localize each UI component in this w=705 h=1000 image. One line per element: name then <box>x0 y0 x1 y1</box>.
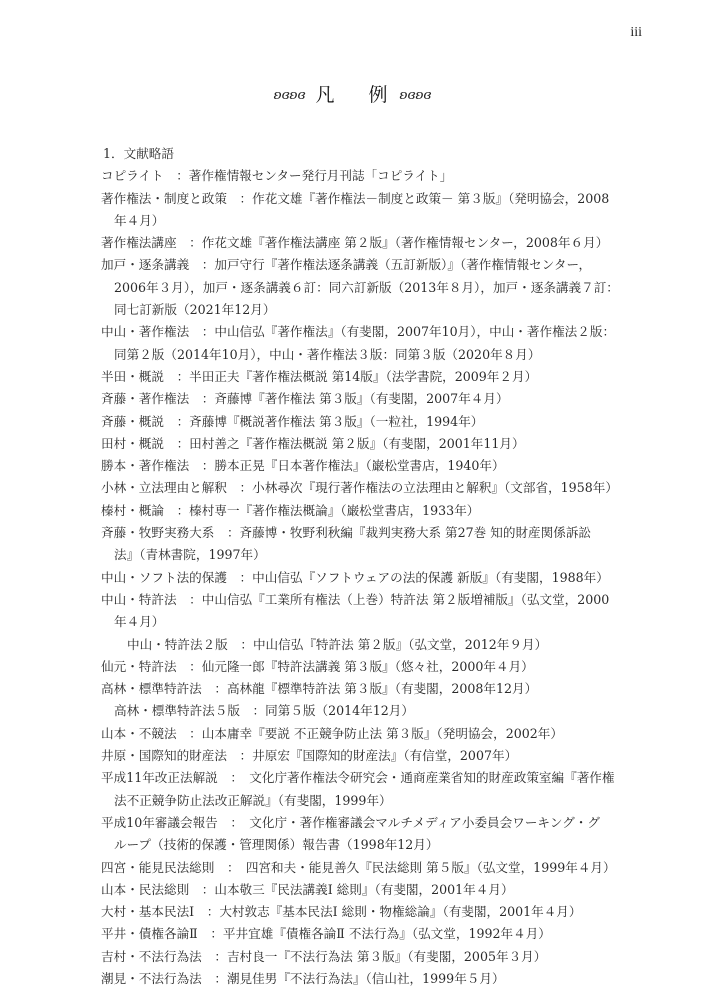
citation-text: ：著作権情報センター発行月刊誌「コピライト」 <box>176 168 452 183</box>
abbreviation-entry: 中山・著作権法 ：中山信弘『著作権法』（有斐閣，2007年10月），中山・著作権… <box>101 321 621 366</box>
title-char-1: 凡 <box>315 84 336 106</box>
spacer <box>214 860 227 875</box>
citation-text: ：中山信弘『ソフトウェアの法的保護 新版』（有斐閣，1988年） <box>240 570 609 585</box>
citation-text: ：井原宏『国際知的財産法』（有信堂，2007年） <box>240 748 518 763</box>
citation-text: ：吉村良一『不法行為法 第３版』（有斐閣，2005年３月） <box>214 949 546 964</box>
citation-text: ： 文化庁・著作権審議会マルチメディア小委員会ワーキング・グ <box>230 815 600 830</box>
abbreviation-term: 勝本・著作権法 <box>101 458 189 473</box>
citation-text: ：作花文雄『著作権法講座 第２版』（著作権情報センター，2008年６月） <box>189 235 608 250</box>
abbreviation-term: 平成10年審議会報告 <box>101 815 218 830</box>
spacer <box>189 882 202 897</box>
abbreviation-entry: 平井・債権各論Ⅱ ：平井宜雄『債権各論Ⅱ 不法行為』（弘文堂，1992年４月） <box>101 923 621 945</box>
citation-text: ：小林尋次『現行著作権法の立法理由と解釈』（文部省，1958年） <box>240 480 618 495</box>
citation-text: ：山本敬三『民法講義Ⅰ 総則』（有斐閣，2001年４月） <box>202 882 514 897</box>
abbreviation-entry: 著作権法講座 ：作花文雄『著作権法講座 第２版』（著作権情報センター，2008年… <box>101 232 621 254</box>
spacer <box>228 637 241 652</box>
citation-text: ：加戸守行『著作権法逐条講義（五訂新版）』（著作権情報センター， <box>202 257 591 272</box>
citation-text: ：中山信弘『特許法 第２版』（弘文堂，2012年９月） <box>240 637 547 652</box>
abbreviation-entry: 中山・特許法２版 ：中山信弘『特許法 第２版』（弘文堂，2012年９月） <box>101 634 621 656</box>
abbreviation-entry: 仙元・特許法 ：仙元隆一郎『特許法講義 第３版』（悠々社，2000年４月） <box>101 656 621 678</box>
abbreviation-term: 潮見・不法行為法 <box>101 971 202 986</box>
abbreviation-entry: 四宮・能見民法総則 ： 四宮和夫・能見善久『民法総則 第５版』（弘文堂，1999… <box>101 857 621 879</box>
spacer <box>240 703 253 718</box>
citation-text: ：山本庸幸『要説 不正競争防止法 第３版』（発明協会，2002年） <box>189 726 563 741</box>
abbreviation-term: 平井・債権各論Ⅱ <box>101 926 198 941</box>
citation-text: ：田村善之『著作権法概説 第２版』（有斐閣，2001年11月） <box>177 436 525 451</box>
citation-text: ： 文化庁著作権法令研究会・通商産業省知的財産政策室編『著作権 <box>230 770 614 785</box>
abbreviation-term: 井原・国際知的財産法 <box>101 748 227 763</box>
abbreviation-term: 大村・基本民法Ⅰ <box>101 904 194 919</box>
citation-text: ：中山信弘『著作権法』（有斐閣，2007年10月），中山・著作権法２版： <box>202 324 615 339</box>
ornament-left-icon: ʚɞʚɞ <box>274 88 306 103</box>
abbreviation-term: 中山・著作権法 <box>101 324 189 339</box>
abbreviation-entry: 加戸・逐条講義 ：加戸守行『著作権法逐条講義（五訂新版）』（著作権情報センター，… <box>101 254 621 321</box>
abbreviation-entry: コピライト ：著作権情報センター発行月刊誌「コピライト」 <box>101 165 621 187</box>
citation-text: 2006年３月），加戸・逐条講義６訂：同六訂新版（2013年８月），加戸・逐条講… <box>101 277 621 299</box>
citation-text: 年４月） <box>101 611 621 633</box>
abbreviation-term: 山本・民法総則 <box>101 882 189 897</box>
citation-text: ：大村敦志『基本民法Ⅰ 総則・物権総論』（有斐閣，2001年４月） <box>207 904 582 919</box>
abbreviation-entry: 著作権法・制度と政策 ：作花文雄『著作権法－制度と政策－ 第３版』（発明協会，2… <box>101 188 621 233</box>
spacer <box>189 257 202 272</box>
spacer <box>202 971 215 986</box>
spacer <box>227 748 240 763</box>
abbreviation-term: 仙元・特許法 <box>101 659 177 674</box>
abbreviation-entry: 井原・国際知的財産法 ：井原宏『国際知的財産法』（有信堂，2007年） <box>101 745 621 767</box>
spacer <box>164 436 177 451</box>
spacer <box>164 414 177 429</box>
citation-text: ループ（技術的保護・管理関係）報告書（1998年12月） <box>101 834 621 856</box>
ornament-right-icon: ʚɞʚɞ <box>400 88 432 103</box>
abbreviation-entry: 斉藤・牧野実務大系 ：斉藤博・牧野利秋編『裁判実務大系 第27巻 知的財産関係訴… <box>101 522 621 567</box>
spacer <box>227 570 240 585</box>
abbreviation-term: 高林・標準特許法５版 <box>114 703 240 718</box>
spacer <box>227 191 240 206</box>
citation-text: ：平井宜雄『債権各論Ⅱ 不法行為』（弘文堂，1992年４月） <box>210 926 551 941</box>
citation-text: 同七訂新版（2021年12月） <box>101 299 621 321</box>
abbreviation-term: 中山・ソフト法的保護 <box>101 570 227 585</box>
abbreviation-term: 中山・特許法２版 <box>127 637 228 652</box>
citation-text: ：仙元隆一郎『特許法講義 第３版』（悠々社，2000年４月） <box>189 659 534 674</box>
section-heading: 1．文献略語 <box>101 143 621 165</box>
abbreviation-entry: 田村・概説 ：田村善之『著作権法概説 第２版』（有斐閣，2001年11月） <box>101 433 621 455</box>
abbreviation-term: 高林・標準特許法 <box>101 681 202 696</box>
citation-text: ：半田正夫『著作権法概説 第14版』（法学書院，2009年２月） <box>177 369 538 384</box>
spacer <box>202 949 215 964</box>
citation-text: ：中山信弘『工業所有権法（上巻）特許法 第２版増補版』（弘文堂，2000 <box>189 592 609 607</box>
abbreviation-term: 斉藤・著作権法 <box>101 391 189 406</box>
citation-text: ：高林龍『標準特許法 第３版』（有斐閣，2008年12月） <box>214 681 537 696</box>
spacer <box>177 235 190 250</box>
spacer <box>164 168 177 183</box>
abbreviation-entry: 斉藤・概説 ：斉藤博『概説著作権法 第３版』（一粒社，1994年） <box>101 411 621 433</box>
citation-text: ：榛村専一『著作権法概論』（巌松堂書店，1933年） <box>177 503 480 518</box>
page-number: iii <box>630 25 642 41</box>
abbreviation-term: 斉藤・概説 <box>101 414 164 429</box>
abbreviation-term: 著作権法講座 <box>101 235 177 250</box>
citation-text: ：潮見佳男『不法行為法』（信山社，1999年５月） <box>214 971 504 986</box>
spacer <box>164 503 177 518</box>
spacer <box>189 458 202 473</box>
citation-text: 同第２版（2014年10月），中山・著作権法３版：同第３版（2020年８月） <box>101 344 621 366</box>
spacer <box>214 525 227 540</box>
spacer <box>198 926 211 941</box>
citation-text: ： 四宮和夫・能見善久『民法総則 第５版』（弘文堂，1999年４月） <box>227 860 616 875</box>
title-char-2: 例 <box>369 84 390 106</box>
page-title: ʚɞʚɞ凡例ʚɞʚɞ <box>0 80 705 107</box>
spacer <box>177 726 190 741</box>
spacer <box>218 770 231 785</box>
citation-text: ：斉藤博・牧野利秋編『裁判実務大系 第27巻 知的財産関係訴訟 <box>227 525 591 540</box>
abbreviation-term: 著作権法・制度と政策 <box>101 191 227 206</box>
abbreviation-entry: 榛村・概論 ：榛村専一『著作権法概論』（巌松堂書店，1933年） <box>101 500 621 522</box>
spacer <box>177 659 190 674</box>
abbreviation-entry: 中山・特許法 ：中山信弘『工業所有権法（上巻）特許法 第２版増補版』（弘文堂，2… <box>101 589 621 634</box>
entries-container: コピライト ：著作権情報センター発行月刊誌「コピライト」著作権法・制度と政策 ：… <box>101 165 621 990</box>
citation-text: 法不正競争防止法改正解説』（有斐閣，1999年） <box>101 790 621 812</box>
abbreviation-term: 平成11年改正法解説 <box>101 770 218 785</box>
abbreviation-term: 田村・概説 <box>101 436 164 451</box>
citation-text: ：斉藤博『著作権法 第３版』（有斐閣，2007年４月） <box>202 391 509 406</box>
abbreviation-term: 榛村・概論 <box>101 503 164 518</box>
abbreviation-entry: 高林・標準特許法５版 ：同第５版（2014年12月） <box>101 700 621 722</box>
spacer <box>227 480 240 495</box>
abbreviation-term: 中山・特許法 <box>101 592 177 607</box>
citation-text: 法』（青林書院，1997年） <box>101 544 621 566</box>
abbreviation-entry: 山本・不競法 ：山本庸幸『要説 不正競争防止法 第３版』（発明協会，2002年） <box>101 723 621 745</box>
spacer <box>189 391 202 406</box>
spacer <box>202 681 215 696</box>
abbreviation-entry: 半田・概説 ：半田正夫『著作権法概説 第14版』（法学書院，2009年２月） <box>101 366 621 388</box>
citation-text: ：勝本正晃『日本著作権法』（巌松堂書店，1940年） <box>202 458 505 473</box>
spacer <box>218 815 231 830</box>
abbreviation-term: 吉村・不法行為法 <box>101 949 202 964</box>
abbreviation-term: 半田・概説 <box>101 369 164 384</box>
abbreviation-entry: 潮見・不法行為法 ：潮見佳男『不法行為法』（信山社，1999年５月） <box>101 968 621 990</box>
abbreviation-term: 四宮・能見民法総則 <box>101 860 214 875</box>
spacer <box>164 369 177 384</box>
citation-text: 年４月） <box>101 210 621 232</box>
abbreviation-entry: 吉村・不法行為法 ：吉村良一『不法行為法 第３版』（有斐閣，2005年３月） <box>101 946 621 968</box>
abbreviation-term: 小林・立法理由と解釈 <box>101 480 227 495</box>
citation-text: ：斉藤博『概説著作権法 第３版』（一粒社，1994年） <box>177 414 484 429</box>
abbreviation-term: コピライト <box>101 168 164 183</box>
abbreviation-entry: 高林・標準特許法 ：高林龍『標準特許法 第３版』（有斐閣，2008年12月） <box>101 678 621 700</box>
abbreviation-entry: 中山・ソフト法的保護 ：中山信弘『ソフトウェアの法的保護 新版』（有斐閣，198… <box>101 567 621 589</box>
abbreviation-entry: 平成10年審議会報告 ： 文化庁・著作権審議会マルチメディア小委員会ワーキング・… <box>101 812 621 857</box>
abbreviation-entry: 小林・立法理由と解釈 ：小林尋次『現行著作権法の立法理由と解釈』（文部省，195… <box>101 477 621 499</box>
abbreviation-entry: 勝本・著作権法 ：勝本正晃『日本著作権法』（巌松堂書店，1940年） <box>101 455 621 477</box>
abbreviation-entry: 大村・基本民法Ⅰ ：大村敦志『基本民法Ⅰ 総則・物権総論』（有斐閣，2001年４… <box>101 901 621 923</box>
abbreviation-term: 山本・不競法 <box>101 726 177 741</box>
abbreviation-list: 1．文献略語 コピライト ：著作権情報センター発行月刊誌「コピライト」著作権法・… <box>101 143 621 990</box>
abbreviation-term: 斉藤・牧野実務大系 <box>101 525 214 540</box>
abbreviation-entry: 山本・民法総則 ：山本敬三『民法講義Ⅰ 総則』（有斐閣，2001年４月） <box>101 879 621 901</box>
spacer <box>189 324 202 339</box>
abbreviation-entry: 平成11年改正法解説 ： 文化庁著作権法令研究会・通商産業省知的財産政策室編『著… <box>101 767 621 812</box>
abbreviation-entry: 斉藤・著作権法 ：斉藤博『著作権法 第３版』（有斐閣，2007年４月） <box>101 388 621 410</box>
spacer <box>194 904 207 919</box>
abbreviation-term: 加戸・逐条講義 <box>101 257 189 272</box>
spacer <box>177 592 190 607</box>
citation-text: ：作花文雄『著作権法－制度と政策－ 第３版』（発明協会，2008 <box>240 191 610 206</box>
citation-text: ：同第５版（2014年12月） <box>253 703 414 718</box>
